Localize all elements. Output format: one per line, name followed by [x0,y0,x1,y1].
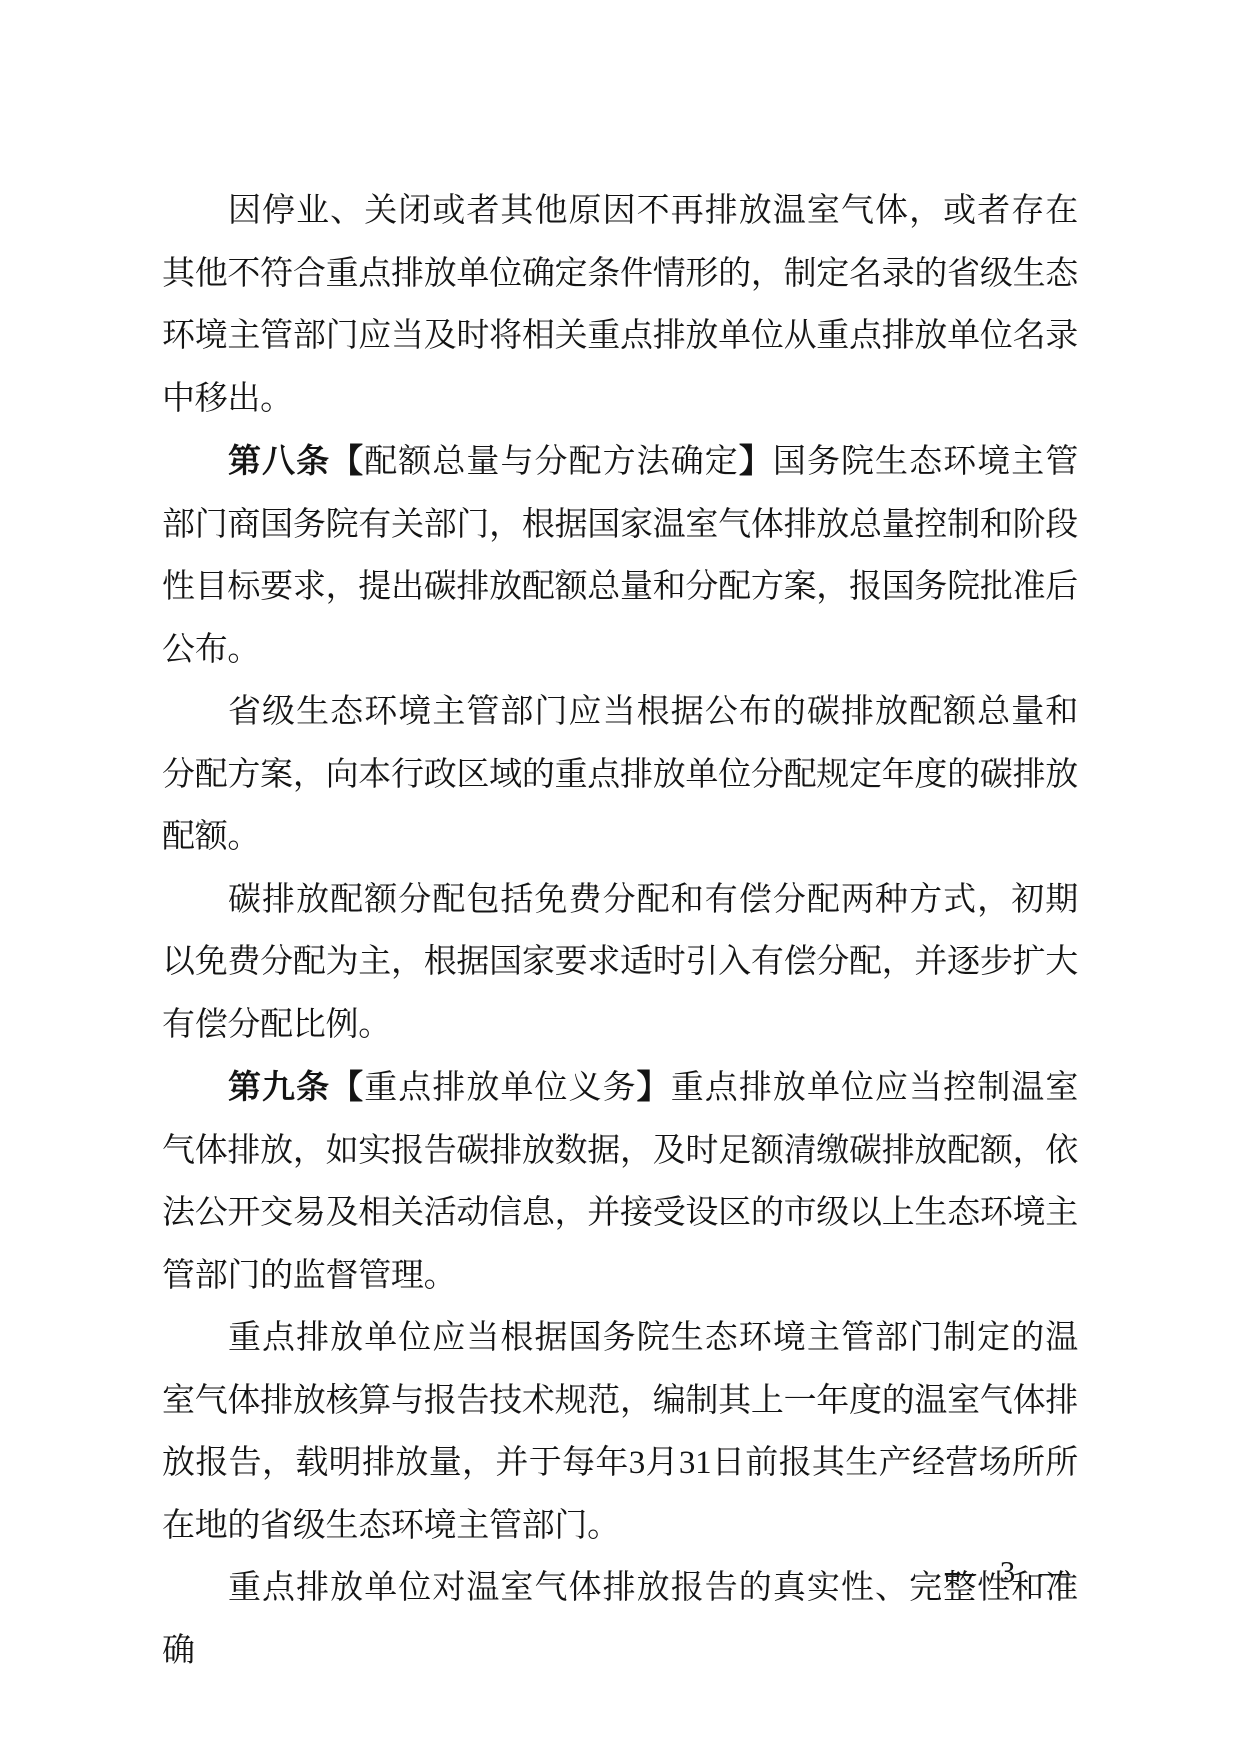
paragraph: 第八条【配额总量与分配方法确定】国务院生态环境主管部门商国务院有关部门，根据国家… [162,430,1078,681]
text-run: 碳排放配额分配包括免费分配和有偿分配两种方式，初期以免费分配为主，根据国家要求适… [162,882,1078,1043]
text-run: 重点排放单位对温室气体排放报告的真实性、完整性和准确 [162,1570,1078,1669]
text-run: 省级生态环境主管部门应当根据公布的碳排放配额总量和分配方案，向本行政区域的重点排… [162,694,1078,855]
document-page: 因停业、关闭或者其他原因不再排放温室气体，或者存在其他不符合重点排放单位确定条件… [0,0,1240,1753]
paragraph: 重点排放单位对温室气体排放报告的真实性、完整性和准确 [162,1557,1078,1682]
text-run: 重点排放单位义务 [364,1070,636,1106]
page-number: — 3 — [945,1552,1078,1592]
paragraph: 第九条【重点排放单位义务】重点排放单位应当控制温室气体排放，如实报告碳排放数据，… [162,1056,1078,1307]
article-heading-run: 第九条 [228,1068,330,1105]
article-heading-run: 【 [330,1068,364,1105]
text-run: 因停业、关闭或者其他原因不再排放温室气体，或者存在其他不符合重点排放单位确定条件… [162,193,1078,417]
article-heading-run: 【 [330,442,364,479]
article-heading-run: 】 [739,442,773,479]
text-run: 重点排放单位应当根据国务院生态环境主管部门制定的温室气体排放核算与报告技术规范，… [162,1320,1078,1544]
text-run: 配额总量与分配方法确定 [364,444,739,480]
paragraph: 碳排放配额分配包括免费分配和有偿分配两种方式，初期以免费分配为主，根据国家要求适… [162,869,1078,1057]
paragraph: 因停业、关闭或者其他原因不再排放温室气体，或者存在其他不符合重点排放单位确定条件… [162,180,1078,430]
article-heading-run: 第八条 [228,442,330,479]
article-heading-run: 】 [637,1068,671,1105]
paragraph: 省级生态环境主管部门应当根据公布的碳排放配额总量和分配方案，向本行政区域的重点排… [162,681,1078,869]
document-body: 因停业、关闭或者其他原因不再排放温室气体，或者存在其他不符合重点排放单位确定条件… [162,180,1078,1682]
paragraph: 重点排放单位应当根据国务院生态环境主管部门制定的温室气体排放核算与报告技术规范，… [162,1307,1078,1557]
